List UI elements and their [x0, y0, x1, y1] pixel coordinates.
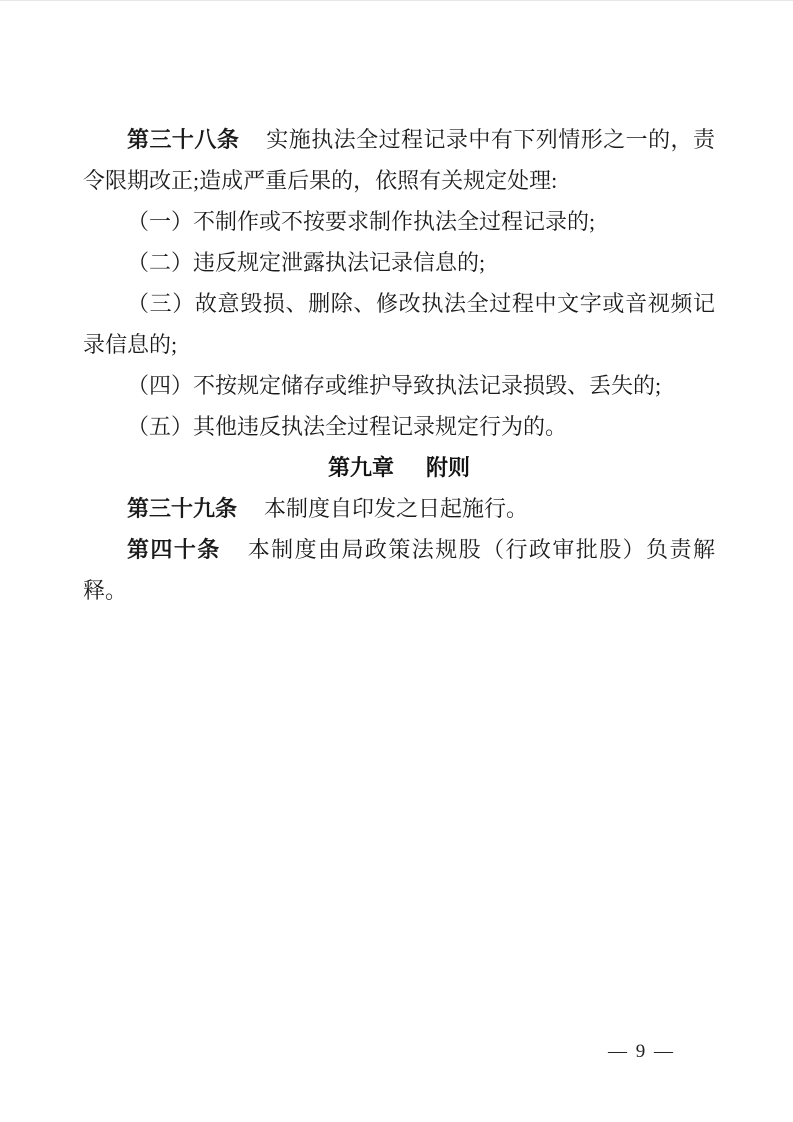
article-39-paragraph: 第三十九条本制度自印发之日起施行。: [83, 488, 715, 529]
document-body: 第三十八条实施执法全过程记录中有下列情形之一的，责令限期改正;造成严重后果的，依…: [83, 119, 715, 611]
list-item-1: （一）不制作或不按要求制作执法全过程记录的;: [83, 201, 715, 242]
chapter-9-heading: 第九章附则: [83, 447, 715, 488]
page-number: — 9 —: [608, 1039, 675, 1065]
article-40-number: 第四十条: [127, 537, 221, 562]
list-item-4: （四）不按规定储存或维护导致执法记录损毁、丢失的;: [83, 365, 715, 406]
article-39-number: 第三十九条: [127, 496, 237, 521]
article-39-text: 本制度自印发之日起施行。: [264, 496, 528, 521]
document-page: 第三十八条实施执法全过程记录中有下列情形之一的，责令限期改正;造成严重后果的，依…: [0, 0, 793, 1122]
article-40-paragraph: 第四十条本制度由局政策法规股（行政审批股）负责解释。: [83, 529, 715, 611]
chapter-9-title: 附则: [426, 455, 470, 480]
list-item-2: （二）违反规定泄露执法记录信息的;: [83, 242, 715, 283]
list-item-5: （五）其他违反执法全过程记录规定行为的。: [83, 406, 715, 447]
article-38-number: 第三十八条: [127, 127, 239, 152]
chapter-9-number: 第九章: [328, 455, 394, 480]
list-item-3: （三）故意毁损、删除、修改执法全过程中文字或音视频记录信息的;: [83, 283, 715, 365]
article-38-paragraph: 第三十八条实施执法全过程记录中有下列情形之一的，责令限期改正;造成严重后果的，依…: [83, 119, 715, 201]
